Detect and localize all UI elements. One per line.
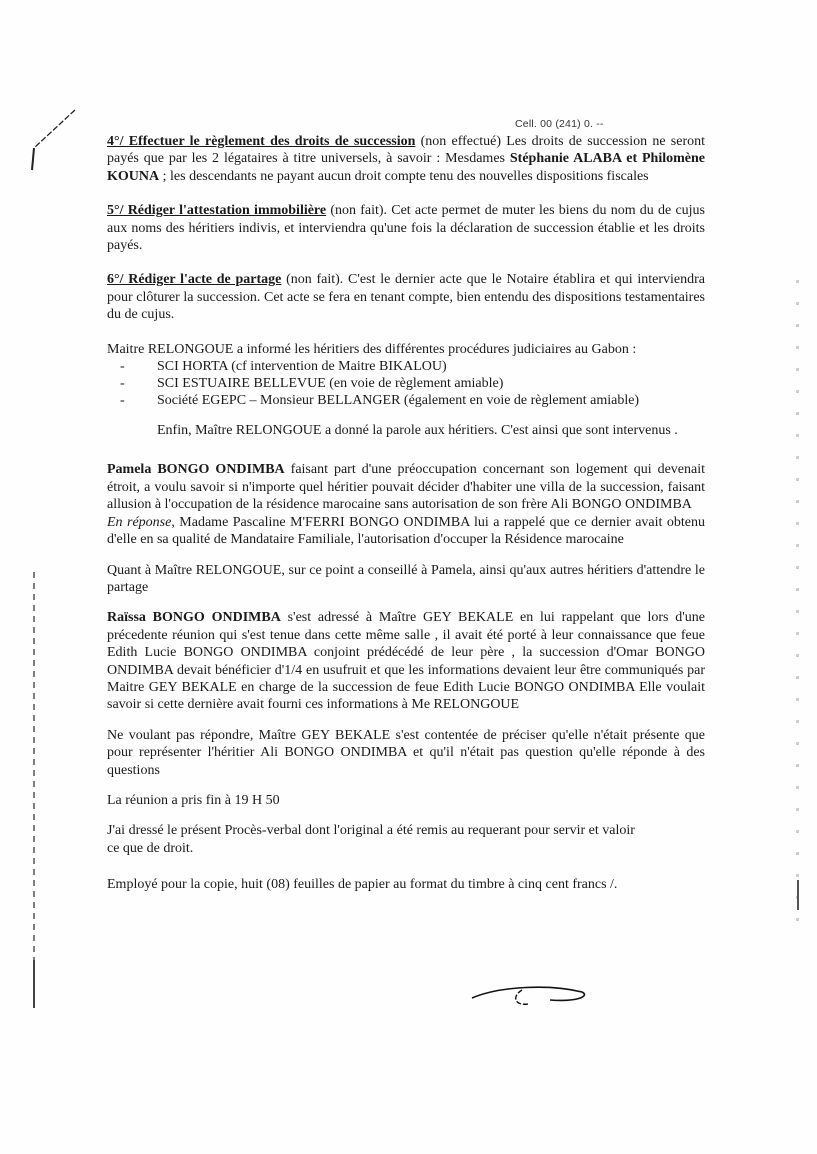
pamela-name: Pamela BONGO ONDIMBA	[107, 462, 285, 477]
scan-edge-right-dark	[797, 880, 799, 910]
scan-edge-left-dark	[33, 960, 35, 1008]
document-body: 4°/ Effectuer le règlement des droits de…	[107, 133, 705, 894]
section-4-heading: 4°/ Effectuer le règlement des droits de…	[107, 134, 415, 149]
copy-statement: Employé pour la copie, huit (08) feuille…	[107, 876, 705, 893]
procedures-intro: Maitre RELONGOUE a informé les héritiers…	[107, 341, 705, 358]
raissa-text: s'est adressé à Maître GEY BEKALE en lui…	[107, 610, 705, 712]
section-4-paragraph: 4°/ Effectuer le règlement des droits de…	[107, 133, 705, 185]
section-4-text-end: ; les descendants ne payant aucun droit …	[159, 169, 649, 184]
raissa-paragraph: Raïssa BONGO ONDIMBA s'est adressé à Maî…	[107, 609, 705, 713]
phone-header-note: Cell. 00 (241) 0. --	[515, 118, 604, 130]
margin-pen-stroke-icon	[30, 108, 80, 173]
section-6-paragraph: 6°/ Rédiger l'acte de partage (non fait)…	[107, 271, 705, 323]
procedure-item: SCI ESTUAIRE BELLEVUE (en voie de règlem…	[120, 375, 705, 392]
raissa-name: Raïssa BONGO ONDIMBA	[107, 610, 281, 625]
scan-edge-right	[796, 280, 799, 930]
document-page: Cell. 00 (241) 0. -- 4°/ Effectuer le rè…	[0, 0, 817, 1154]
gey-paragraph: Ne voulant pas répondre, Maître GEY BEKA…	[107, 727, 705, 779]
quant-paragraph: Quant à Maître RELONGOUE, sur ce point a…	[107, 562, 705, 597]
section-5-heading: 5°/ Rédiger l'attestation immobilière	[107, 203, 326, 218]
section-6-heading: 6°/ Rédiger l'acte de partage	[107, 272, 281, 287]
procedures-list: SCI HORTA (cf intervention de Maitre BIK…	[107, 358, 705, 409]
end-time: La réunion a pris fin à 19 H 50	[107, 792, 705, 809]
procedure-item: SCI HORTA (cf intervention de Maitre BIK…	[120, 358, 705, 375]
proces-verbal-statement: J'ai dressé le présent Procès-verbal don…	[107, 822, 647, 857]
scan-edge-left	[33, 572, 35, 1012]
procedures-closing: Enfin, Maître RELONGOUE a donné la parol…	[107, 422, 705, 439]
reponse-label: En réponse	[107, 515, 171, 530]
signature-icon	[470, 982, 590, 1012]
pamela-paragraph: Pamela BONGO ONDIMBA faisant part d'une …	[107, 461, 705, 513]
reponse-text: , Madame Pascaline M'FERRI BONGO ONDIMBA…	[107, 515, 705, 547]
section-5-paragraph: 5°/ Rédiger l'attestation immobilière (n…	[107, 202, 705, 254]
reponse-paragraph: En réponse, Madame Pascaline M'FERRI BON…	[107, 514, 705, 549]
procedure-item: Société EGEPC – Monsieur BELLANGER (égal…	[120, 392, 705, 409]
